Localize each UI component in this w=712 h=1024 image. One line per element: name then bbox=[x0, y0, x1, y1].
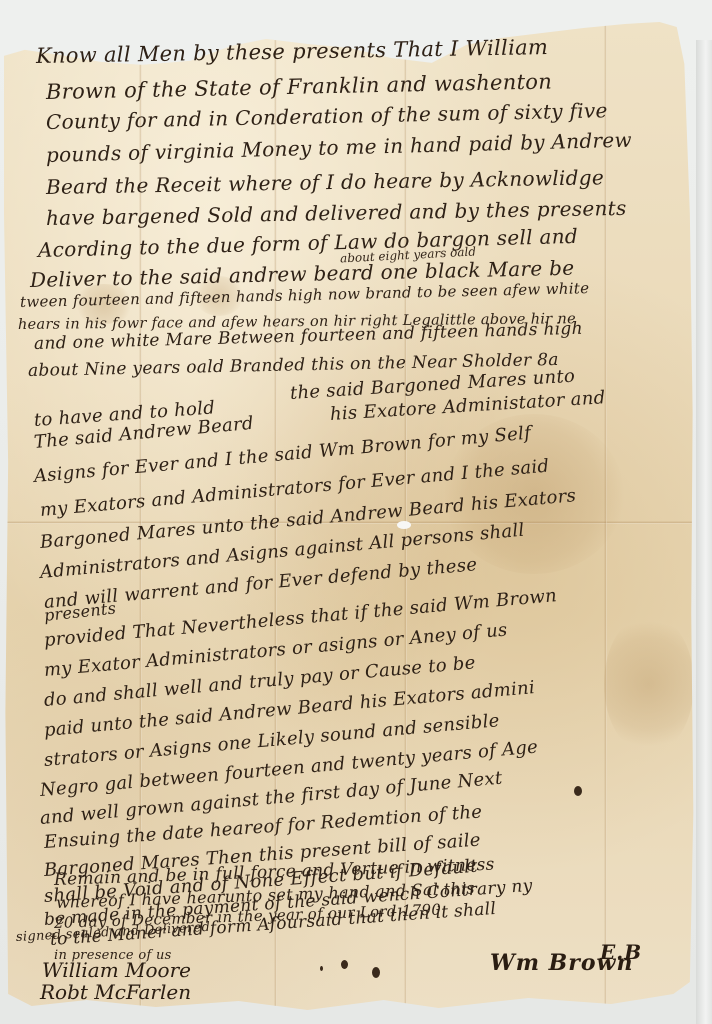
witness-signature: Robt McFarlen bbox=[40, 980, 191, 1004]
grantor-mark: E.B bbox=[600, 940, 642, 964]
handwritten-text: Know all Men by these presents That I Wi… bbox=[0, 0, 712, 1024]
text-line: Acording to the due form of Law do bargo… bbox=[38, 224, 579, 262]
text-line: Brown of the State of Franklin and washe… bbox=[46, 69, 553, 104]
scanned-document: Know all Men by these presents That I Wi… bbox=[0, 0, 712, 1024]
witness-signature: William Moore bbox=[42, 958, 191, 982]
text-line: pounds of virginia Money to me in hand p… bbox=[46, 128, 633, 167]
text-line: County for and in Conderation of the sum… bbox=[46, 98, 608, 134]
text-line: Beard the Receit where of I do heare by … bbox=[46, 165, 604, 199]
text-line: Know all Men by these presents That I Wi… bbox=[36, 35, 549, 68]
